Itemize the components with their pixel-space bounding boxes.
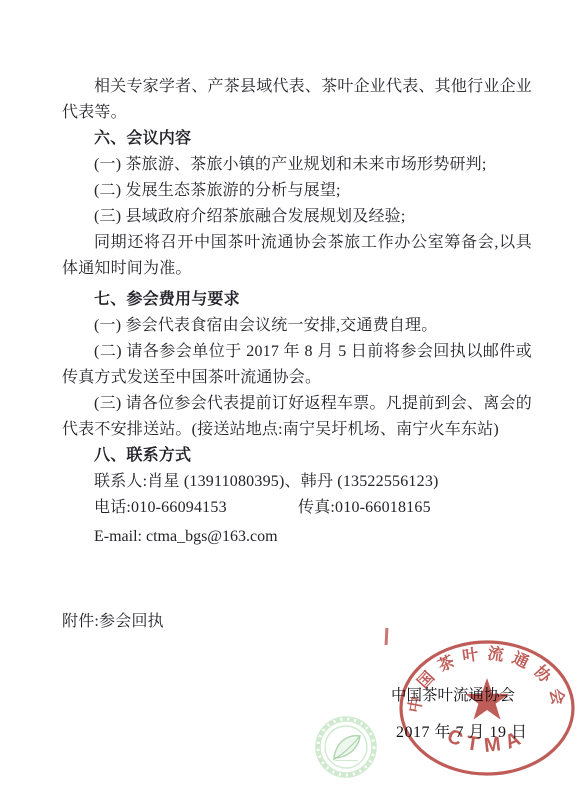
page: 相关专家学者、产茶县域代表、茶叶企业代表、其他行业企业代表等。六、会议内容(一)…	[0, 0, 583, 786]
document-body: 相关专家学者、产茶县域代表、茶叶企业代表、其他行业企业代表等。六、会议内容(一)…	[62, 74, 532, 550]
stamp-ctma-text: CTMA	[444, 725, 530, 757]
heading-section-6: 六、会议内容	[62, 126, 532, 152]
stamp-star-icon	[465, 678, 509, 720]
heading-section-7: 七、参会费用与要求	[62, 287, 532, 313]
attachment-line: 附件:参会回执	[62, 608, 164, 631]
heading-section-8: 八、联系方式	[62, 443, 532, 469]
item-6-3: (三) 县域政府介绍茶旅融合发展规划及经验;	[62, 204, 532, 230]
watermark-logo	[314, 716, 378, 778]
stamp-stray-mark	[385, 628, 389, 645]
phone-field: 电话:010-66094153	[94, 495, 298, 521]
paragraph-preparatory-meeting: 同期还将召开中国茶叶流通协会茶旅工作办公室筹备会,以具体通知时间为准。	[62, 230, 532, 282]
item-7-3: (三) 请各位参会代表提前订好返程车票。凡提前到会、离会的代表不安排送站。(接送…	[62, 391, 532, 443]
email-line: E-mail: ctma_bgs@163.com	[62, 524, 532, 550]
item-6-2: (二) 发展生态茶旅游的分析与展望;	[62, 178, 532, 204]
phone-fax-line: 电话:010-66094153传真:010-66018165	[62, 495, 532, 521]
official-stamp: 中国茶叶流通协会 CTMA	[396, 636, 580, 782]
item-7-2: (二) 请各参会单位于 2017 年 8 月 5 日前将参会回执以邮件或传真方式…	[62, 339, 532, 391]
fax-field: 传真:010-66018165	[298, 495, 431, 521]
contact-persons-line: 联系人:肖星 (13911080395)、韩丹 (13522556123)	[62, 469, 532, 495]
paragraph-attendees: 相关专家学者、产茶县域代表、茶叶企业代表、其他行业企业代表等。	[62, 74, 532, 126]
item-6-1: (一) 茶旅游、茶旅小镇的产业规划和未来市场形势研判;	[62, 152, 532, 178]
item-7-1: (一) 参会代表食宿由会议统一安排,交通费自理。	[62, 313, 532, 339]
leaf-icon	[334, 736, 360, 758]
